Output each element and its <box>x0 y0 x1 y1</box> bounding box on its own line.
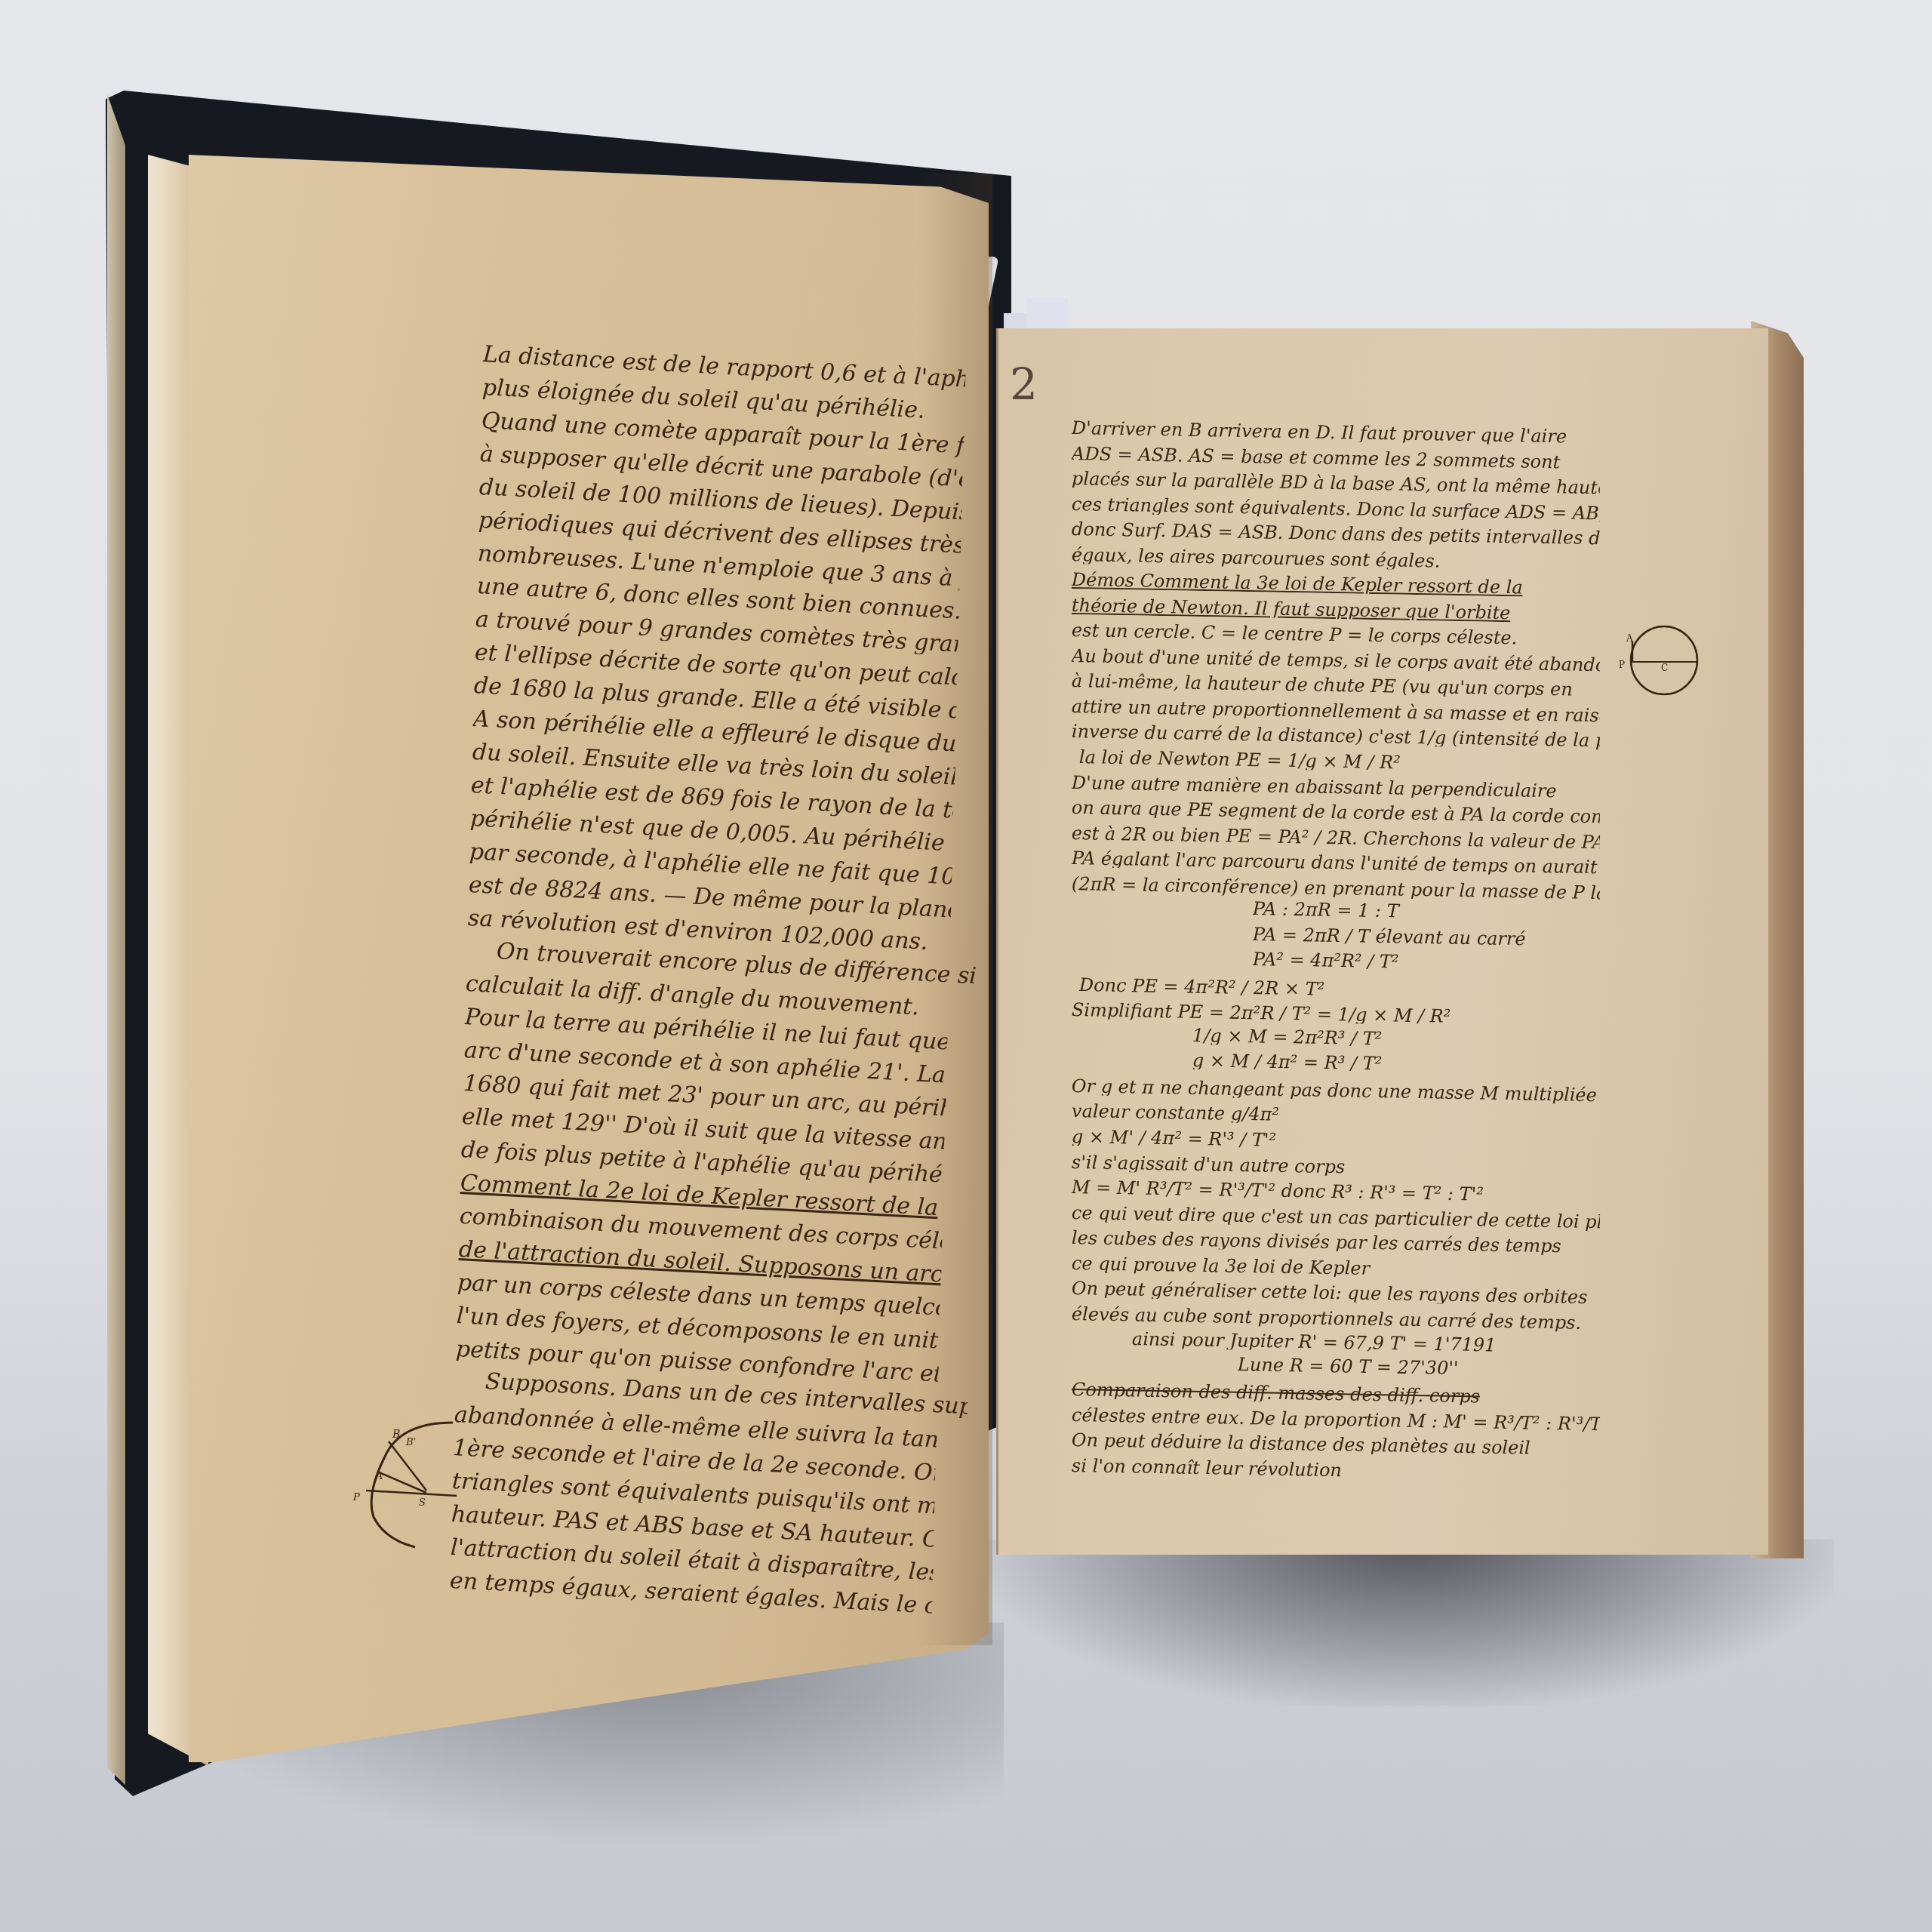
circle-orbit-diagram: A P C <box>1604 615 1717 706</box>
page-number: 2 <box>1010 362 1038 406</box>
bookmark-tab-flat <box>1026 298 1068 332</box>
cover-board-edge <box>107 94 125 1785</box>
svg-text:A: A <box>1626 633 1633 644</box>
book-shadow-right <box>989 1540 1834 1706</box>
svg-text:B: B <box>392 1429 400 1441</box>
ellipse-arc-sector-diagram: B B' A P S <box>332 1404 483 1555</box>
svg-text:C: C <box>1661 663 1668 673</box>
svg-text:S: S <box>419 1497 426 1509</box>
svg-text:B': B' <box>405 1437 416 1448</box>
svg-text:P: P <box>1619 660 1625 670</box>
svg-text:A: A <box>375 1471 383 1482</box>
svg-text:P: P <box>352 1492 360 1503</box>
